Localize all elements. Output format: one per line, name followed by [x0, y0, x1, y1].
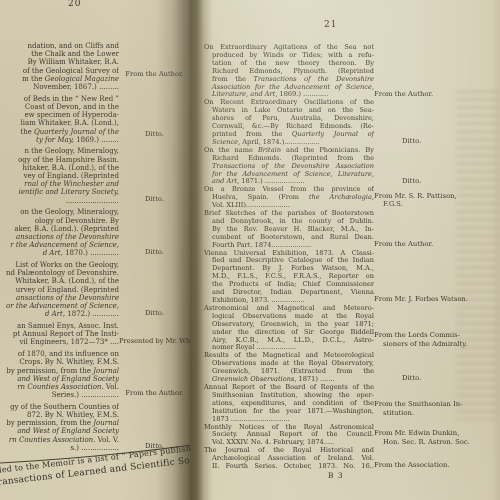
entry-line: Fourth Part. 1874................... [204, 242, 374, 250]
donor-label: Ditto. [119, 248, 190, 256]
catalogue-entry: Results of the Magnetical and Meteorolog… [204, 352, 500, 384]
entry-line: under the direction of Sir George Biddel… [204, 329, 374, 337]
entry-line: printed from the Quarterly Journal of [204, 131, 374, 139]
entry-line: On Recent Extraordinary Oscillations of … [204, 99, 374, 107]
entry-text: n the Geology, Mineralogy,ogy of the Ham… [0, 147, 119, 204]
entry-line: Richard Edmonds, Plymouth. (Reprinted [204, 68, 374, 76]
entry-line: m the Geological Magazine [0, 75, 119, 83]
donor-label: Ditto. [374, 177, 500, 186]
entry-line: Observatory, Greenwich, in the year 1871… [204, 321, 374, 329]
catalogue-entry: ndation, and on Cliffs andthe Chalk and … [0, 42, 190, 91]
entry-line: and Donnybrook, in the county of Dublin. [204, 218, 374, 226]
entry-line: d Art, 1872.) ............ [0, 310, 119, 318]
entry-text: of 1870, and its influence onCrops. By N… [0, 350, 119, 399]
entry-line: By the Rev. Beaver H. Blacker, M.A., In- [204, 226, 374, 234]
catalogue-entry: The Journal of the Royal Historical andA… [204, 447, 500, 471]
entry-text: on the Geology, Mineralogy,ology of Devo… [0, 208, 119, 257]
entry-line: Crops. By N. Whitley, F.M.S. [0, 358, 119, 366]
entry-text: On a Bronze Vessel from the province ofH… [204, 186, 374, 210]
entry-line: Monthly Notices of the Royal Astronomica… [204, 424, 374, 432]
entry-line: r the Advancement of Science, [0, 241, 119, 249]
donor-label: From the Author. [119, 389, 190, 397]
donor-line: stitution. [374, 409, 500, 418]
entry-line: or the Advancement of Science, [0, 302, 119, 310]
entry-line: hitaker, B.A. (Lond.), of the [0, 164, 119, 172]
left-page-entries: ndation, and on Cliffs andthe Chalk and … [0, 42, 190, 456]
entry-line: tation of the new theory thereon. By [204, 60, 374, 68]
donor-line: Hon. Sec. R. Astron. Soc. [374, 438, 500, 447]
donor-line: From the Author. [119, 70, 190, 78]
donor-label: From the Author. [119, 70, 190, 78]
entry-line: Greenwich Observations, 1871) ....... [204, 376, 374, 384]
entry-line: Smithsonian Institution, showing the ope… [204, 392, 374, 400]
left-page: 20 ndation, and on Cliffs andthe Chalk a… [0, 0, 190, 500]
entry-line: shores of Peru, Australia, Devonshire, [204, 115, 374, 123]
entry-line: rnal of the Winchester and [0, 180, 119, 188]
entry-text: On Recent Extraordinary Oscillations of … [204, 99, 374, 146]
donor-line: From the Author. [374, 240, 500, 249]
donor-label: From the Author. [374, 90, 500, 99]
catalogue-entry: Monthly Notices of the Royal Astronomica… [204, 424, 500, 448]
entry-text: ndation, and on Cliffs andthe Chalk and … [0, 42, 119, 91]
entry-line: and Art, 1871.) ................... [204, 178, 374, 186]
catalogue-entry: an Samuel Enys, Assoc. Inst.pt Annual Re… [0, 322, 190, 347]
entry-line: nd Palæontology of Devonshire. [0, 269, 119, 277]
book-scan: 20 ndation, and on Cliffs andthe Chalk a… [0, 0, 500, 500]
entry-line: by permission, from the Journal [0, 367, 119, 375]
catalogue-entry: Brief Sketches of the parishes of Booter… [204, 210, 500, 250]
donor-label: Ditto. [119, 309, 190, 317]
entry-line: Exhibition, 1873. ................ [204, 297, 374, 305]
donor-label: Ditto. [119, 130, 190, 138]
entry-line: November, 1867.) ......... [0, 83, 119, 91]
entry-line: Vol. XXXIV. No. 4. February, 1874..... [204, 439, 374, 447]
entry-line: ........................ [0, 197, 119, 205]
entry-line: Annual Report of the Board of Regents of… [204, 384, 374, 392]
entry-line: On the name Britain and the Phœnicians. … [204, 147, 374, 155]
entry-line: Transactions of the Devonshire Associati… [204, 163, 374, 171]
page-number-left: 20 [68, 0, 81, 9]
entry-line: of 1870, and its influence on [0, 350, 119, 358]
entry-line: Science, April, 1874.)................. [204, 139, 374, 147]
entry-line: produced by Winds or Tides; with a refu- [204, 52, 374, 60]
entry-text: an Samuel Enys, Assoc. Inst.pt Annual Re… [0, 322, 119, 347]
donor-label: Ditto. [374, 374, 500, 383]
catalogue-entry: of Beds in the “ New Red ”Coast of Devon… [0, 95, 190, 144]
donor-line: Ditto. [119, 195, 190, 203]
entry-line: and West of England Society [0, 427, 119, 435]
entry-line: ansactions of the Devonshire [0, 294, 119, 302]
entry-line: an Samuel Enys, Assoc. Inst. [0, 322, 119, 330]
page-number-right: 21 [324, 20, 337, 30]
entry-line: ientific and Literary Society, [0, 188, 119, 196]
entry-line: Society. Annual Report of the Council. [204, 431, 374, 439]
entry-line: Coast of Devon, and in the [0, 103, 119, 111]
entry-line: Vol. XLIII)..................... [204, 202, 374, 210]
donor-label: From Mr. Edwin Dunkin,Hon. Sec. R. Astro… [374, 429, 500, 446]
donor-line: Ditto. [402, 177, 500, 186]
entry-line: 1873 ............................ [204, 416, 374, 424]
entry-text: List of Works on the Geology,nd Palæonto… [0, 261, 119, 318]
donor-label: From the Smithsonian In-stitution. [374, 400, 500, 417]
entry-line: The Journal of the Royal Historical and [204, 447, 374, 455]
signature-mark: B 3 [328, 471, 344, 480]
entry-text: Vienna Universal Exhibition, 1873. A Cla… [204, 250, 374, 305]
entry-line: Vienna Universal Exhibition, 1873. A Cla… [204, 250, 374, 258]
entry-line: liam Whitaker, B.A. (Lond.), [0, 119, 119, 127]
catalogue-entry: Vienna Universal Exhibition, 1873. A Cla… [204, 250, 500, 305]
entry-line: pt Annual Report of The Insti- [0, 330, 119, 338]
entry-line: Airy, K.C.B., M.A., LL.D., D.C.L., Astro… [204, 337, 374, 345]
entry-line: d Art, 1870.) ............. [0, 249, 119, 257]
entry-text: On the name Britain and the Phœnicians. … [204, 147, 374, 187]
donor-line: Ditto. [402, 137, 500, 146]
entry-line: rn Counties Association. Vol. [0, 383, 119, 391]
donor-label: From Mr. J. Forbes Watson. [374, 295, 500, 304]
entry-line: from the Transactions of the Devonshire [204, 76, 374, 84]
donor-line: Ditto. [402, 374, 500, 383]
donor-line: Ditto. [119, 130, 190, 138]
donor-line: From the Lords Commis- [374, 331, 500, 340]
entry-line: Huelva, Spain. (From the Archæologia, [204, 194, 374, 202]
entry-line: logical Observations made at the Royal [204, 313, 374, 321]
entry-line: ndation, and on Cliffs and [0, 42, 119, 50]
right-page-entries: On Extraordinary Agitations of the Sea n… [204, 44, 500, 471]
entry-text: Brief Sketches of the parishes of Booter… [204, 210, 374, 250]
catalogue-entry: On the name Britain and the Phœnicians. … [204, 147, 500, 187]
entry-text: of Beds in the “ New Red ”Coast of Devon… [0, 95, 119, 144]
entry-line: ansactions of the Devonshire [0, 233, 119, 241]
donor-line: From the Smithsonian In- [374, 400, 500, 409]
entry-line: Results of the Magnetical and Meteorolog… [204, 352, 374, 360]
right-page: 21 On Extraordinary Agitations of the Se… [190, 0, 500, 500]
entry-text: Annual Report of the Board of Regents of… [204, 384, 374, 424]
entry-line: the Quarterly Journal of the [0, 128, 119, 136]
entry-line: for the Advancement of Science, Literatu… [204, 171, 374, 179]
donor-label: From Mr. S. R. Pattison,F.G.S. [374, 192, 500, 209]
donor-line: F.G.S. [374, 200, 500, 209]
entry-line: gy of the Southern Counties of [0, 403, 119, 411]
donor-line: From Mr. Edwin Dunkin, [374, 429, 500, 438]
donor-label: From the Association. [374, 461, 500, 470]
entry-line: nomer Royal ................... [204, 344, 374, 352]
donor-label: Ditto. [119, 195, 190, 203]
entry-line: Whitaker, B.A. (Lond.), of the [0, 277, 119, 285]
donor-line: From Mr. S. R. Pattison, [374, 192, 500, 201]
donor-line: Presented by Mr. Wh [119, 337, 190, 345]
entry-line: On Extraordinary Agitations of the Sea n… [204, 44, 374, 52]
entry-line: ology of Devonshire. By [0, 217, 119, 225]
donor-line: Ditto. [119, 248, 190, 256]
catalogue-entry: Astronomical and Magnetical and Meteoro-… [204, 305, 500, 352]
entry-line: Greenwich, 1871. (Extracted from the [204, 368, 374, 376]
entry-text: Results of the Magnetical and Meteorolog… [204, 352, 374, 384]
entry-line: Observations made at the Royal Observato… [204, 360, 374, 368]
entry-line: the Chalk and the Lower [0, 50, 119, 58]
donor-line: From the Association. [374, 461, 500, 470]
catalogue-entry: On Recent Extraordinary Oscillations of … [204, 99, 500, 146]
entry-line: vil Engineers, 1872—73* .... [0, 338, 119, 346]
entry-line: urvey of England. (Reprinted [0, 286, 119, 294]
entry-line: ogy of the Hampshire Basin. [0, 156, 119, 164]
entry-line: ty for May, 1869.) ........ [0, 136, 119, 144]
donor-label: From the Lords Commis-sioners of the Adm… [374, 331, 500, 348]
entry-line: n the Geology, Mineralogy, [0, 147, 119, 155]
catalogue-entry: n the Geology, Mineralogy,ogy of the Ham… [0, 147, 190, 204]
entry-line: by permission, from the Journal [0, 419, 119, 427]
entry-line: fied and Descriptive Catalogue of the In… [204, 257, 374, 265]
entry-line: aker, B.A. (Lond.). (Reprinted [0, 225, 119, 233]
donor-label: Ditto. [374, 137, 500, 146]
entry-line: ations, expenditures, and condition of t… [204, 400, 374, 408]
entry-line: on the Geology, Mineralogy, [0, 208, 119, 216]
entry-text: The Journal of the Royal Historical andA… [204, 447, 374, 471]
catalogue-entry: on the Geology, Mineralogy,ology of Devo… [0, 208, 190, 257]
donor-line: sioners of the Admiralty. [374, 340, 500, 349]
donor-line: From the Author. [119, 389, 190, 397]
entry-text: Monthly Notices of the Royal Astronomica… [204, 424, 374, 448]
entry-line: Series.) ................. [0, 391, 119, 399]
entry-line: Association for the Advancement of Scien… [204, 84, 374, 92]
entry-line: cumbent of Booterstown, and Rural Dean. [204, 234, 374, 242]
entry-line: of Beds in the “ New Red ” [0, 95, 119, 103]
donor-line: Ditto. [119, 309, 190, 317]
entry-line: Archæological Association of Ireland. Vo… [204, 455, 374, 463]
entry-line: Astronomical and Magnetical and Meteoro- [204, 305, 374, 313]
entry-line: vey of England. (Reprinted [0, 172, 119, 180]
donor-label: Presented by Mr. Wh [119, 337, 190, 345]
entry-line: List of Works on the Geology, [0, 261, 119, 269]
catalogue-entry: Annual Report of the Board of Regents of… [204, 384, 500, 424]
entry-line: Cornwall, &c.—By Richard Edmonds. (Re- [204, 123, 374, 131]
entry-line: By William Whitaker, B.A. [0, 58, 119, 66]
entry-text: Astronomical and Magnetical and Meteoro-… [204, 305, 374, 352]
entry-line: Literature, and Art, 1869.) ............ [204, 91, 374, 99]
catalogue-entry: of 1870, and its influence onCrops. By N… [0, 350, 190, 399]
entry-line: Institution for the year 1871.—Washingto… [204, 408, 374, 416]
entry-line: ew specimen of Hyperoda- [0, 111, 119, 119]
entry-line: and West of England Society [0, 375, 119, 383]
entry-line: Brief Sketches of the parishes of Booter… [204, 210, 374, 218]
entry-line: M.D., F.L.S., F.C.S., F.R.A.S., Reporter… [204, 273, 374, 281]
catalogue-entry: List of Works on the Geology,nd Palæonto… [0, 261, 190, 318]
entry-line: 872. By N. Whitley, F.M.S. [0, 411, 119, 419]
donor-label: From the Author. [374, 240, 500, 249]
entry-line: Department. By J. Forbes Watson, M.A., [204, 265, 374, 273]
entry-line: and Director, Indian Department, Vienna [204, 289, 374, 297]
entry-line: II. Fourth Series. October, 1873. No. 16… [204, 463, 374, 471]
entry-line: of the Geological Survey of [0, 67, 119, 75]
entry-text: On Extraordinary Agitations of the Sea n… [204, 44, 374, 99]
donor-line: From the Author. [374, 90, 500, 99]
donor-line: From Mr. J. Forbes Watson. [374, 295, 500, 304]
catalogue-entry: On a Bronze Vessel from the province ofH… [204, 186, 500, 210]
entry-line: the Products of India; Chief Commissione… [204, 281, 374, 289]
entry-line: Waters in Lake Ontario and on the Sea- [204, 107, 374, 115]
entry-line: On a Bronze Vessel from the province of [204, 186, 374, 194]
entry-line: Richard Edmonds. (Reprinted from the [204, 155, 374, 163]
catalogue-entry: On Extraordinary Agitations of the Sea n… [204, 44, 500, 99]
